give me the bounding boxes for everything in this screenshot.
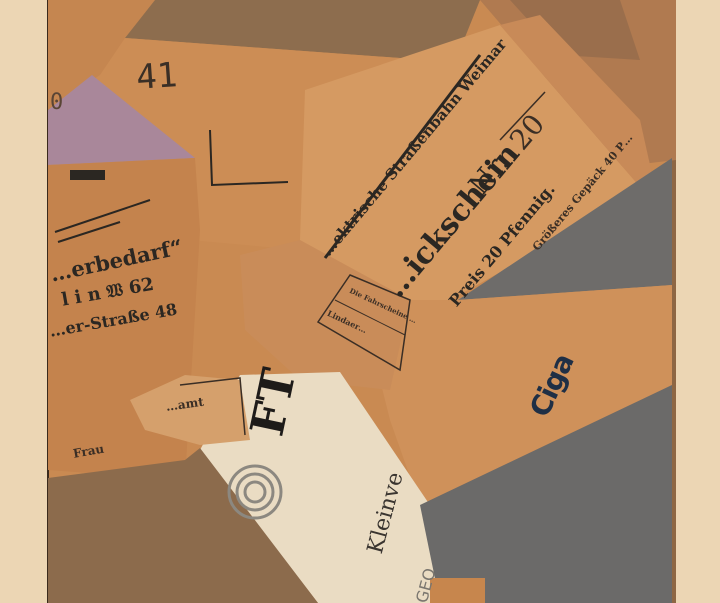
collage-artwork: 41 0 …erbedarf“ l i n 𝔚 62 …er-Straße 48… xyxy=(0,0,720,603)
number-0: 0 xyxy=(50,90,63,115)
number-41: 41 xyxy=(135,55,179,98)
